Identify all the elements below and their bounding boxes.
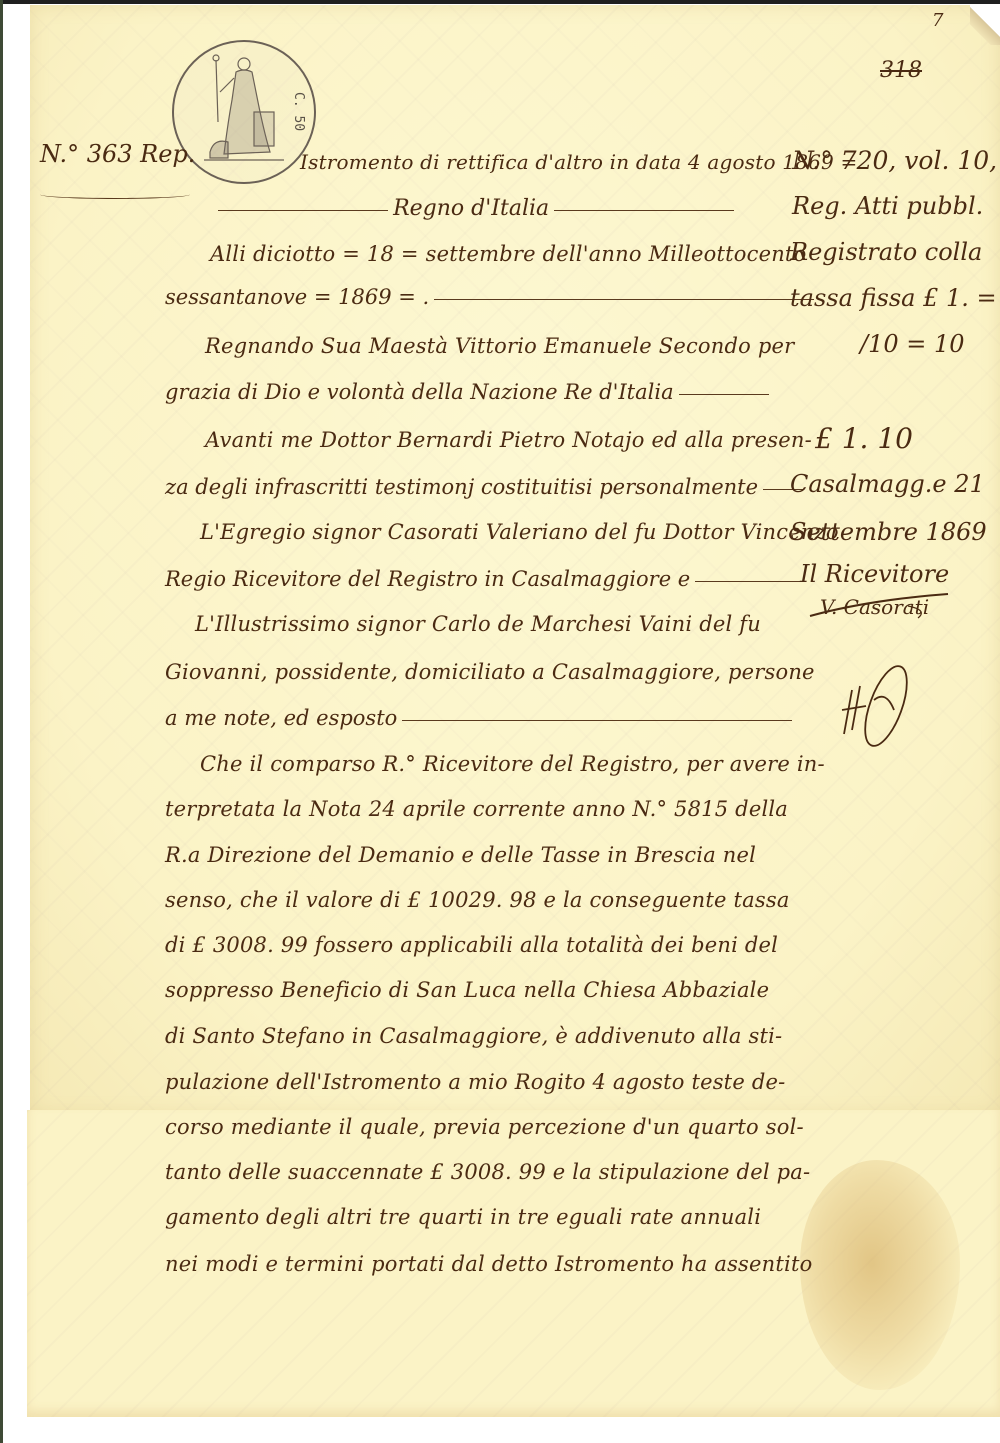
notary-signature-mark-icon: [838, 650, 928, 760]
margin-receiver-title: Il Ricevitore: [800, 560, 949, 588]
registration-reference: N.° 363 Rep.: [40, 140, 195, 168]
body-line: senso, che il valore di £ 10029. 98 e la…: [165, 888, 790, 912]
body-line: Giovanni, possidente, domiciliato a Casa…: [165, 660, 815, 684]
body-line: Regio Ricevitore del Registro in Casalma…: [165, 567, 690, 591]
heading-row: Regno d'Italia: [218, 196, 734, 221]
margin-fixed-tax: tassa fissa £ 1. =: [790, 284, 997, 312]
line-fill-rule: [434, 299, 814, 300]
heading-rule-left: [218, 210, 388, 211]
old-page-number: 318: [880, 58, 922, 83]
margin-date: Settembre 1869: [790, 518, 987, 546]
margin-register-type: Reg. Atti pubbl.: [792, 192, 983, 220]
margin-total-tax: £ 1. 10: [815, 422, 913, 455]
body-line-with-rule: za degli infrascritti testimonj costitui…: [165, 475, 803, 499]
body-line: a me note, ed esposto: [165, 706, 397, 730]
body-line-with-rule: a me note, ed esposto: [165, 706, 792, 730]
body-line: Alli diciotto = 18 = settembre dell'anno…: [210, 242, 806, 266]
body-line: grazia di Dio e volontà della Nazione Re…: [165, 380, 674, 404]
line-fill-rule: [402, 720, 792, 721]
heading-regno-d-italia: Regno d'Italia: [393, 196, 549, 221]
body-line: Avanti me Dottor Bernardi Pietro Notajo …: [205, 428, 812, 452]
scan-left-edge: [0, 0, 3, 1443]
body-line: di £ 3008. 99 fossero applicabili alla t…: [165, 933, 778, 957]
document-title: Istromento di rettifica d'altro in data …: [300, 150, 857, 174]
line-fill-rule: [679, 394, 769, 395]
body-line: nei modi e termini portati dal detto Ist…: [165, 1252, 812, 1276]
stamp-value: C. 50: [291, 92, 306, 131]
body-line: L'Egregio signor Casorati Valeriano del …: [200, 520, 839, 544]
heading-rule-right: [554, 210, 734, 211]
body-line: L'Illustrissimo signor Carlo de Marchesi…: [195, 612, 761, 636]
body-line: corso mediante il quale, previa percezio…: [165, 1115, 804, 1139]
body-line: pulazione dell'Istromento a mio Rogito 4…: [165, 1070, 785, 1094]
line-fill-rule: [695, 581, 805, 582]
body-line: soppresso Beneficio di San Luca nella Ch…: [165, 978, 769, 1002]
margin-tax-tenths: /10 = 10: [860, 330, 965, 358]
scan-top-edge: [0, 0, 1000, 4]
signature-flourish-icon: [808, 590, 958, 620]
body-line: sessantanove = 1869 = .: [165, 285, 429, 309]
margin-registered-with: Registrato colla: [790, 238, 982, 266]
body-line: za degli infrascritti testimonj costitui…: [165, 475, 758, 499]
body-line: R.a Direzione del Demanio e delle Tasse …: [165, 843, 756, 867]
body-line: terpretata la Nota 24 aprile corrente an…: [165, 797, 788, 821]
body-line: di Santo Stefano in Casalmaggiore, è add…: [165, 1024, 782, 1048]
body-line: Regnando Sua Maestà Vittorio Emanuele Se…: [205, 334, 794, 358]
body-line: tanto delle suaccennate £ 3008. 99 e la …: [165, 1160, 810, 1184]
folded-corner: [970, 5, 1000, 45]
margin-registration-number: N.° 720, vol. 10,: [792, 146, 997, 175]
body-line: Che il comparso R.° Ricevitore del Regis…: [200, 752, 825, 776]
body-line-with-rule: sessantanove = 1869 = .: [165, 285, 814, 309]
margin-place-date: Casalmagg.e 21: [790, 470, 985, 498]
body-line-with-rule: Regio Ricevitore del Registro in Casalma…: [165, 567, 805, 591]
registration-underline: [40, 190, 190, 199]
page-number: 7: [932, 10, 943, 31]
body-line: gamento degli altri tre quarti in tre eg…: [165, 1205, 761, 1229]
body-line-with-rule: grazia di Dio e volontà della Nazione Re…: [165, 380, 769, 404]
